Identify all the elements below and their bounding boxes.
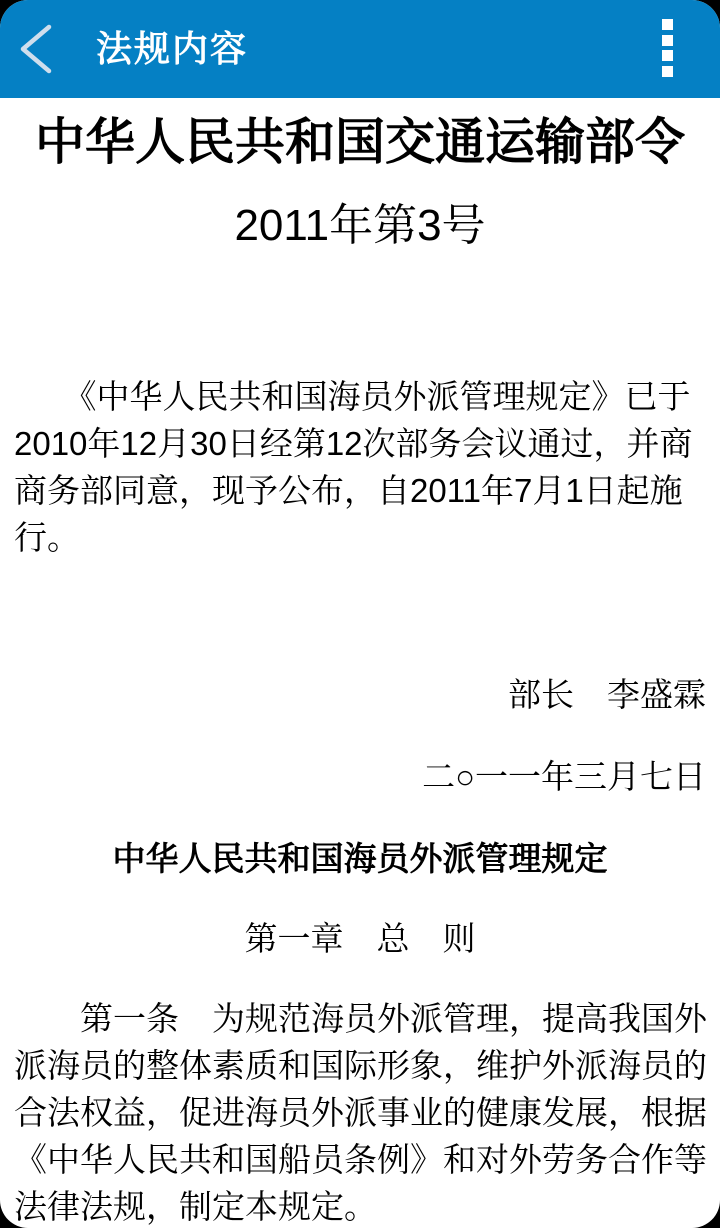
regulation-title: 中华人民共和国海员外派管理规定: [14, 835, 706, 882]
page-title: 法规内容: [96, 0, 248, 98]
chevron-left-icon: [13, 24, 53, 74]
signature-date: 二○一一年三月七日: [14, 753, 706, 800]
text-line: 合法权益，促进海员外派事业的健康发展，根据: [14, 1089, 706, 1136]
text-line: 2010年12月30日经第12次部务会议通过，并商: [14, 420, 706, 467]
minister-signature: 部长 李盛霖: [14, 671, 706, 718]
chapter-heading: 第一章 总 则: [14, 915, 706, 962]
text-line: 法律法规，制定本规定。: [14, 1183, 706, 1228]
document-number: 2011年第3号: [14, 200, 706, 252]
text-line: 《中华人民共和国船员条例》和对外劳务合作等: [14, 1136, 706, 1183]
article-paragraph: 第一条 为规范海员外派管理，提高我国外派海员的整体素质和国际形象，维护外派海员的…: [14, 995, 706, 1228]
text-line: 第一条 为规范海员外派管理，提高我国外: [14, 995, 706, 1042]
text-line: 《中华人民共和国海员外派管理规定》已于: [14, 373, 706, 420]
app-bar: 法规内容: [0, 0, 720, 98]
overflow-menu-icon: [662, 35, 673, 46]
document-scroll-area[interactable]: 中华人民共和国交通运输部令 2011年第3号 《中华人民共和国海员外派管理规定》…: [0, 98, 720, 1228]
text-line: 商务部同意，现予公布，自2011年7月1日起施: [14, 467, 706, 514]
text-line: 行。: [14, 514, 706, 561]
back-button[interactable]: [0, 0, 66, 98]
app-screen: 法规内容 中华人民共和国交通运输部令 2011年第3号 《中华人民共和国海员外派…: [0, 0, 720, 1228]
intro-paragraph: 《中华人民共和国海员外派管理规定》已于2010年12月30日经第12次部务会议通…: [14, 373, 706, 561]
overflow-menu-icon: [662, 50, 673, 61]
overflow-menu-icon: [662, 19, 673, 30]
text-line: 派海员的整体素质和国际形象，维护外派海员的: [14, 1042, 706, 1089]
overflow-menu-button[interactable]: [662, 19, 673, 77]
overflow-menu-icon: [662, 66, 673, 77]
document-title: 中华人民共和国交通运输部令: [14, 112, 706, 172]
